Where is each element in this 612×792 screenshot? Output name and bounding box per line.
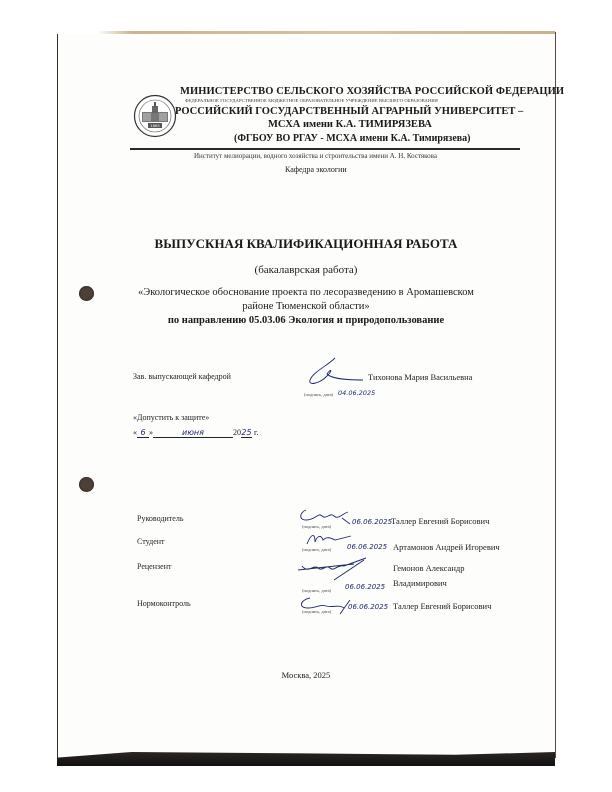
document-subtitle: (бакалаврская работа) [0,264,612,276]
punch-hole-icon [79,477,94,492]
reviewer-signature-icon [294,556,369,582]
normcontrol-signature-date: 06.06.2025 [348,603,388,611]
study-direction: по направлению 05.03.06 Экология и приро… [0,315,612,326]
ministry-heading: МИНИСТЕРСТВО СЕЛЬСКОГО ХОЗЯЙСТВА РОССИЙС… [180,86,564,97]
university-emblem-icon: 1865 [133,94,177,138]
document-title: ВЫПУСКНАЯ КВАЛИФИКАЦИОННАЯ РАБОТА [0,236,612,252]
city-year: Москва, 2025 [0,670,612,680]
admission-year: 25 [241,428,252,438]
institute-name: Институт мелиорации, водного хозяйства и… [194,152,437,160]
signatory-name-normcontrol: Таллер Евгений Борисович [393,601,491,611]
admission-date: «6»июня2025 г. [133,428,258,438]
signatory-role-reviewer: Рецензент [137,562,172,571]
signatory-role-normcontrol: Нормоконтроль [137,599,191,608]
head-signature-date: 04.06.2025 [338,389,375,397]
signatory-name-reviewer-line2: Владимирович [393,578,447,588]
head-signature-caption: (подпись, дата) [304,392,333,397]
signatory-name-supervisor: Таллер Евгений Борисович [391,516,489,526]
reviewer-signature-caption: (подпись, дата) [302,588,331,593]
supervisor-signature-caption: (подпись, дата) [302,524,331,529]
supervisor-signature-date: 06.06.2025 [352,518,392,526]
department-name: Кафедра экологии [285,165,347,174]
signatory-name-student: Артамонов Андрей Игоревич [393,542,500,552]
signatory-name-reviewer: Гемонов Александр [393,563,464,573]
header-divider [130,148,520,150]
signatory-role-student: Студент [137,537,165,546]
svg-text:1865: 1865 [150,123,160,128]
student-signature-icon [303,530,353,548]
normcontrol-signature-caption: (подпись, дата) [302,609,331,614]
page-top-edge [57,31,555,34]
university-name-line2: МСХА имени К.А. ТИМИРЯЗЕВА [268,119,432,130]
supervisor-signature-icon [296,506,356,526]
institution-type: ФЕДЕРАЛЬНОЕ ГОСУДАРСТВЕННОЕ БЮДЖЕТНОЕ ОБ… [185,98,438,103]
university-name: РОССИЙСКИЙ ГОСУДАРСТВЕННЫЙ АГРАРНЫЙ УНИВ… [175,106,523,117]
head-signature-icon [305,356,365,386]
admit-to-defense-label: «Допустить к защите» [133,413,209,422]
admission-day: 6 [137,428,149,438]
thesis-topic-line1: «Экологическое обоснование проекта по ле… [0,287,612,298]
student-signature-date: 06.06.2025 [347,543,387,551]
student-signature-caption: (подпись, дата) [302,547,331,552]
head-of-department-name: Тихонова Мария Васильевна [368,372,472,382]
head-of-department-label: Зав. выпускающей кафедрой [133,372,231,381]
signatory-role-supervisor: Руководитель [137,514,183,523]
admission-month: июня [153,428,233,438]
thesis-topic-line2: районе Тюменской области» [0,301,612,312]
university-short-name: (ФГБОУ ВО РГАУ - МСХА имени К.А. Тимиряз… [234,133,471,144]
reviewer-signature-date: 06.06.2025 [345,583,385,591]
